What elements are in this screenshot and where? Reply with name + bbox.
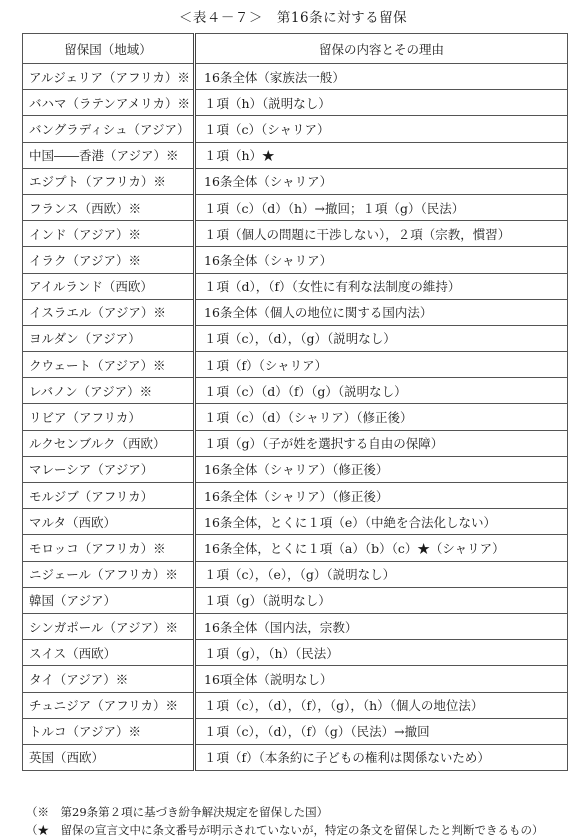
table-row: モロッコ（アフリカ）※16条全体，とくに１項（a）（b）（c）★（シャリア） (23, 535, 568, 561)
reason-cell: １項（d），（f）（女性に有利な法制度の維持） (195, 273, 568, 299)
reason-cell: １項（f）（シャリア） (195, 352, 568, 378)
table-row: リビア（アフリカ）１項（c）（d）（シャリア）（修正後） (23, 404, 568, 430)
table-row: クウェート（アジア）※１項（f）（シャリア） (23, 352, 568, 378)
footnote-star: （★ 留保の宣言文中に条文番号が明示されていないが，特定の条文を留保したと判断で… (26, 821, 544, 839)
table-row: イスラエル（アジア）※16条全体（個人の地位に関する国内法） (23, 299, 568, 325)
country-cell: アルジェリア（アフリカ）※ (23, 64, 195, 90)
country-cell: イラク（アジア）※ (23, 247, 195, 273)
reason-cell: １項（個人の問題に干渉しない），２項（宗教，慣習） (195, 221, 568, 247)
table-row: スイス（西欧）１項（g），（h）（民法） (23, 640, 568, 666)
reason-cell: １項（f）（本条約に子どもの権利は関係ないため） (195, 744, 568, 770)
reason-cell: １項（c）（d）（シャリア）（修正後） (195, 404, 568, 430)
table-row: バハマ（ラテンアメリカ）※１項（h）（説明なし） (23, 90, 568, 116)
country-cell: トルコ（アジア）※ (23, 718, 195, 744)
table-row: 韓国（アジア）１項（g）（説明なし） (23, 587, 568, 613)
country-cell: リビア（アフリカ） (23, 404, 195, 430)
table-row: タイ（アジア）※16項全体（説明なし） (23, 666, 568, 692)
country-cell: モルジブ（アフリカ） (23, 483, 195, 509)
table-row: エジプト（アフリカ）※16条全体（シャリア） (23, 168, 568, 194)
country-cell: ヨルダン（アジア） (23, 325, 195, 351)
reason-cell: １項（c），（d），（g）（説明なし） (195, 325, 568, 351)
table-row: 英国（西欧）１項（f）（本条約に子どもの権利は関係ないため） (23, 744, 568, 770)
table-row: チュニジア（アフリカ）※１項（c），（d），（f），（g），（h）（個人の地位法… (23, 692, 568, 718)
country-cell: インド（アジア）※ (23, 221, 195, 247)
table-row: ニジェール（アフリカ）※１項（c），（e），（g）（説明なし） (23, 561, 568, 587)
country-cell: 英国（西欧） (23, 744, 195, 770)
reason-cell: １項（c），（d），（f）（g）（民法）→撤回 (195, 718, 568, 744)
country-cell: タイ（アジア）※ (23, 666, 195, 692)
country-cell: ルクセンブルク（西欧） (23, 430, 195, 456)
reservations-table: 留保国（地域） 留保の内容とその理由 アルジェリア（アフリカ）※16条全体（家族… (22, 33, 568, 771)
reason-cell: 16条全体（シャリア） (195, 168, 568, 194)
country-cell: バハマ（ラテンアメリカ）※ (23, 90, 195, 116)
table-row: レバノン（アジア）※１項（c）（d）（f）（g）（説明なし） (23, 378, 568, 404)
reason-cell: １項（c）（d）（f）（g）（説明なし） (195, 378, 568, 404)
country-cell: チュニジア（アフリカ）※ (23, 692, 195, 718)
country-cell: 韓国（アジア） (23, 587, 195, 613)
table-row: 中国――香港（アジア）※１項（h）★ (23, 142, 568, 168)
footnote-dispute-settlement: （※ 第29条第２項に基づき紛争解決規定を留保した国） (26, 803, 544, 821)
table-row: イラク（アジア）※16条全体（シャリア） (23, 247, 568, 273)
table-row: インド（アジア）※１項（個人の問題に干渉しない），２項（宗教，慣習） (23, 221, 568, 247)
table-row: モルジブ（アフリカ）16条全体（シャリア）（修正後） (23, 483, 568, 509)
country-cell: マルタ（西欧） (23, 509, 195, 535)
country-cell: 中国――香港（アジア）※ (23, 142, 195, 168)
country-cell: アイルランド（西欧） (23, 273, 195, 299)
country-cell: ニジェール（アフリカ）※ (23, 561, 195, 587)
table-row: フランス（西欧）※１項（c）（d）（h）→撤回；１項（g）（民法） (23, 194, 568, 220)
reason-cell: 16条全体（シャリア）（修正後） (195, 483, 568, 509)
reason-cell: １項（c）（d）（h）→撤回；１項（g）（民法） (195, 194, 568, 220)
table-row: ヨルダン（アジア）１項（c），（d），（g）（説明なし） (23, 325, 568, 351)
reason-cell: 16条全体，とくに１項（e）（中絶を合法化しない） (195, 509, 568, 535)
table-row: アイルランド（西欧）１項（d），（f）（女性に有利な法制度の維持） (23, 273, 568, 299)
reason-cell: １項（h）（説明なし） (195, 90, 568, 116)
reason-cell: 16条全体（個人の地位に関する国内法） (195, 299, 568, 325)
reason-cell: 16条全体（シャリア）（修正後） (195, 456, 568, 482)
country-cell: レバノン（アジア）※ (23, 378, 195, 404)
country-cell: フランス（西欧）※ (23, 194, 195, 220)
column-header-country: 留保国（地域） (23, 34, 195, 64)
country-cell: エジプト（アフリカ）※ (23, 168, 195, 194)
table-row: アルジェリア（アフリカ）※16条全体（家族法一般） (23, 64, 568, 90)
table-title: ＜表４－７＞ 第16条に対する留保 (0, 6, 586, 26)
reason-cell: １項（g），（h）（民法） (195, 640, 568, 666)
reason-cell: １項（g）（説明なし） (195, 587, 568, 613)
reason-cell: １項（c），（d），（f），（g），（h）（個人の地位法） (195, 692, 568, 718)
country-cell: スイス（西欧） (23, 640, 195, 666)
reason-cell: 16条全体，とくに１項（a）（b）（c）★（シャリア） (195, 535, 568, 561)
country-cell: クウェート（アジア）※ (23, 352, 195, 378)
country-cell: バングラディシュ（アジア） (23, 116, 195, 142)
table-row: バングラディシュ（アジア）１項（c）（シャリア） (23, 116, 568, 142)
table-row: マルタ（西欧）16条全体，とくに１項（e）（中絶を合法化しない） (23, 509, 568, 535)
table-row: マレーシア（アジア）16条全体（シャリア）（修正後） (23, 456, 568, 482)
country-cell: モロッコ（アフリカ）※ (23, 535, 195, 561)
footnotes: （※ 第29条第２項に基づき紛争解決規定を留保した国） （★ 留保の宣言文中に条… (26, 803, 544, 839)
column-header-reason: 留保の内容とその理由 (195, 34, 568, 64)
table-row: トルコ（アジア）※１項（c），（d），（f）（g）（民法）→撤回 (23, 718, 568, 744)
table-row: ルクセンブルク（西欧）１項（g）（子が姓を選択する自由の保障） (23, 430, 568, 456)
reason-cell: １項（h）★ (195, 142, 568, 168)
reason-cell: １項（c）（シャリア） (195, 116, 568, 142)
reason-cell: １項（g）（子が姓を選択する自由の保障） (195, 430, 568, 456)
table-row: シンガポール（アジア）※16条全体（国内法，宗教） (23, 613, 568, 639)
reason-cell: １項（c），（e），（g）（説明なし） (195, 561, 568, 587)
reason-cell: 16条全体（シャリア） (195, 247, 568, 273)
table-header-row: 留保国（地域） 留保の内容とその理由 (23, 34, 568, 64)
reason-cell: 16項全体（説明なし） (195, 666, 568, 692)
country-cell: シンガポール（アジア）※ (23, 613, 195, 639)
country-cell: イスラエル（アジア）※ (23, 299, 195, 325)
country-cell: マレーシア（アジア） (23, 456, 195, 482)
reason-cell: 16条全体（国内法，宗教） (195, 613, 568, 639)
reason-cell: 16条全体（家族法一般） (195, 64, 568, 90)
